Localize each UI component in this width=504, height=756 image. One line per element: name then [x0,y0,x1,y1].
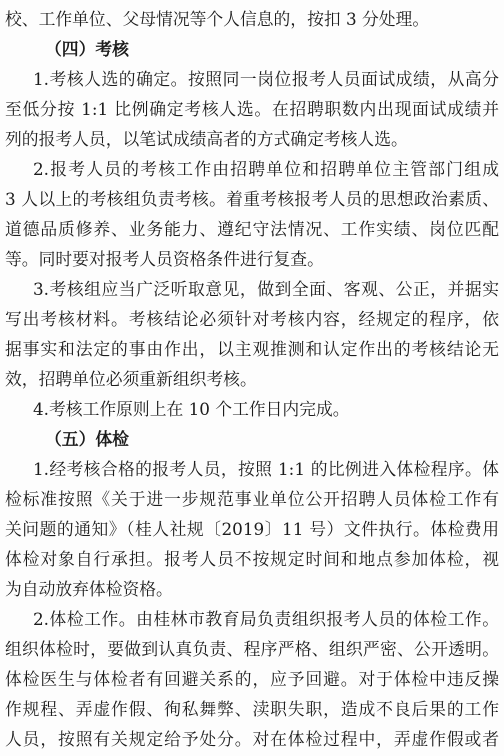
section-heading-kaohe: （四）考核 [5,34,499,64]
text-line: 效，招聘单位必须重新组织考核。 [5,364,499,394]
text-line: 为自动放弃体检资格。 [5,574,499,604]
text-line: 等。同时要对报考人员资格条件进行复查。 [5,244,499,274]
text-line: 关问题的通知》（桂人社规〔2019〕11 号）文件执行。体检费用由 [5,514,499,544]
text-line: 检标准按照《关于进一步规范事业单位公开招聘人员体检工作有 [5,484,499,514]
text-line: 作规程、弄虚作假、徇私舞弊、渎职失职，造成不良后果的工作 [5,694,499,724]
text-line: 列的报考人员，以笔试成绩高者的方式确定考核人选。 [5,124,499,154]
text-line: 道德品质修养、业务能力、遵纪守法情况、工作实绩、岗位匹配 [5,214,499,244]
text-line: 1.经考核合格的报考人员，按照 1:1 的比例进入体检程序。体 [5,454,499,484]
text-line: 3 人以上的考核组负责考核。着重考核报考人员的思想政治素质、 [5,184,499,214]
text-line: 1.考核人选的确定。按照同一岗位报考人员面试成绩，从高分 [5,64,499,94]
section-heading-tijian: （五）体检 [5,424,499,454]
text-line: 2.体检工作。由桂林市教育局负责组织报考人员的体检工作。 [5,604,499,634]
text-line: 至低分按 1:1 比例确定考核人选。在招聘职数内出现面试成绩并 [5,94,499,124]
text-line: 校、工作单位、父母情况等个人信息的，按扣 3 分处理。 [5,4,499,34]
text-line: 2.报考人员的考核工作由招聘单位和招聘单位主管部门组成 [5,154,499,184]
text-line: 4.考核工作原则上在 10 个工作日内完成。 [5,394,499,424]
text-line: 3.考核组应当广泛听取意见，做到全面、客观、公正，并据实 [5,274,499,304]
text-line: 写出考核材料。考核结论必须针对考核内容，经规定的程序，依 [5,304,499,334]
text-line: 体检对象自行承担。报考人员不按规定时间和地点参加体检，视 [5,544,499,574]
text-line: 人员，按照有关规定给予处分。对在体检过程中，弄虚作假或者 [5,724,499,754]
document-page: 校、工作单位、父母情况等个人信息的，按扣 3 分处理。 （四）考核 1.考核人选… [0,0,504,756]
text-line: 体检医生与体检者有回避关系的，应予回避。对于体检中违反操 [5,664,499,694]
text-line: 组织体检时，要做到认真负责、程序严格、组织严密、公开透明。 [5,634,499,664]
text-line: 据事实和法定的事由作出，以主观推测和认定作出的考核结论无 [5,334,499,364]
